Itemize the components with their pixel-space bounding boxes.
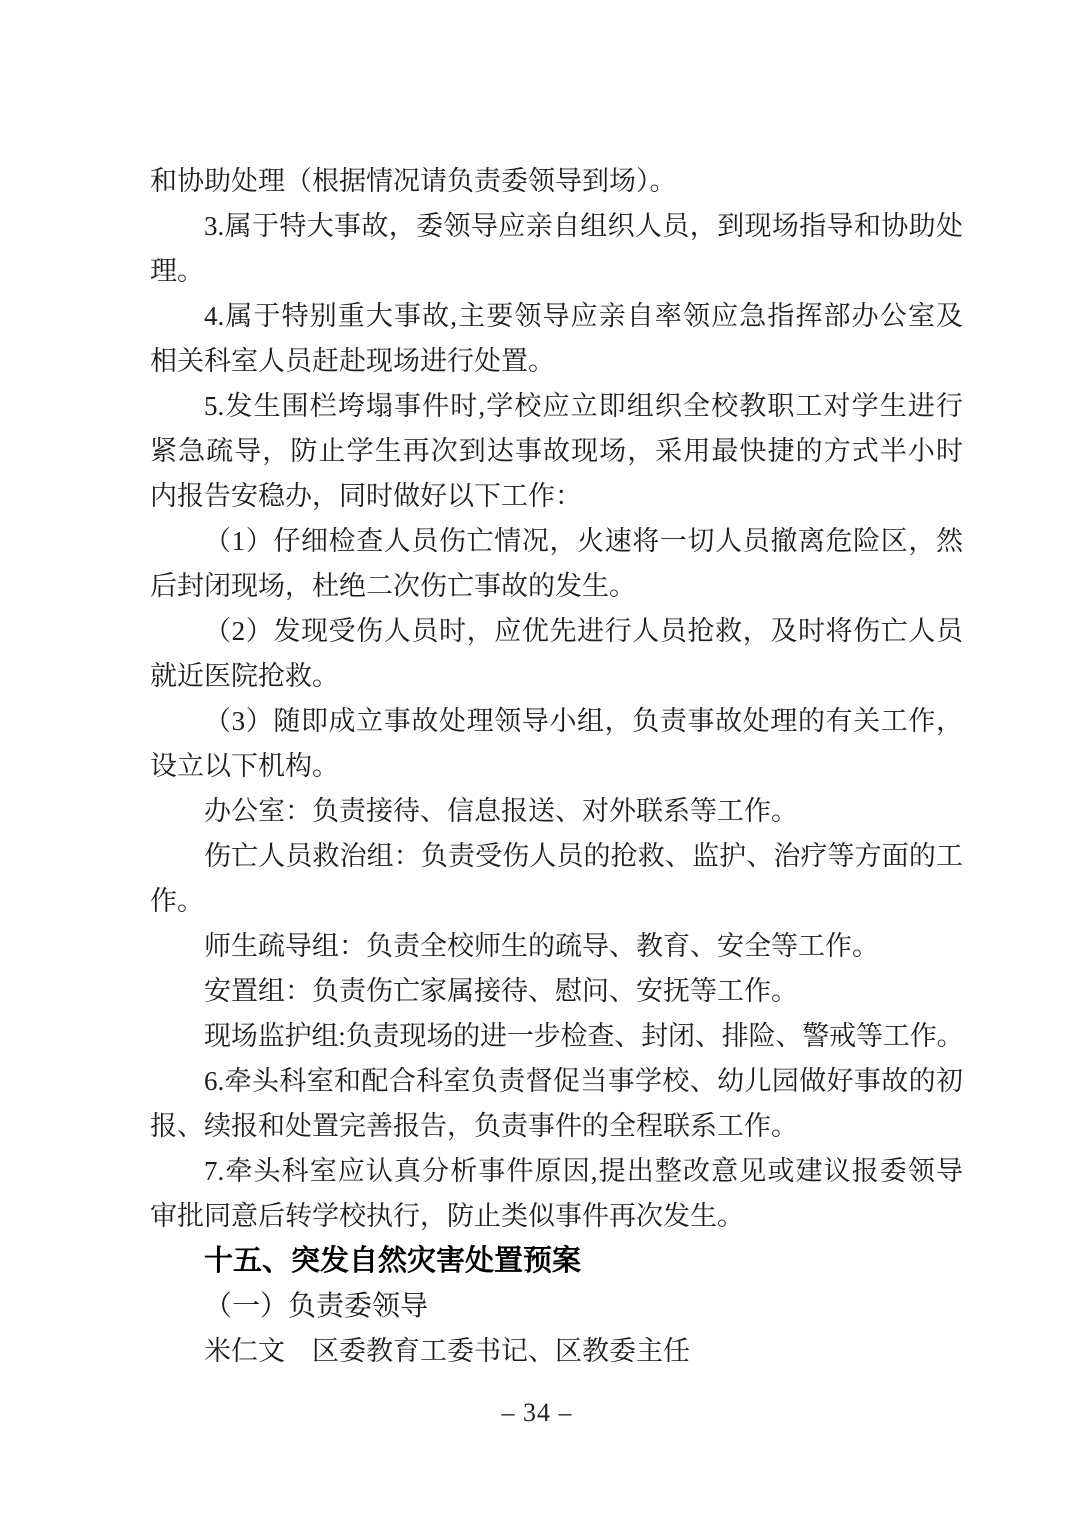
- text-line-24: 审批同意后转学校执行，防止类似事件再次发生。: [150, 1194, 963, 1239]
- text-line-2: 3.属于特大事故，委领导应亲自组织人员，到现场指导和协助处: [150, 204, 963, 249]
- text-line-6: 5.发生围栏垮塌事件时,学校应立即组织全校教职工对学生进行: [150, 384, 963, 429]
- text-line-13: （3）随即成立事故处理领导小组，负责事故处理的有关工作，: [150, 699, 963, 744]
- text-line-10: 后封闭现场，杜绝二次伤亡事故的发生。: [150, 564, 963, 609]
- text-line-26: （一）负责委领导: [150, 1284, 963, 1329]
- document-body: 和协助处理（根据情况请负责委领导到场）。3.属于特大事故，委领导应亲自组织人员，…: [150, 159, 963, 1374]
- text-line-17: 作。: [150, 879, 963, 924]
- text-line-19: 安置组：负责伤亡家属接待、慰问、安抚等工作。: [150, 969, 963, 1014]
- text-line-22: 报、续报和处置完善报告，负责事件的全程联系工作。: [150, 1104, 963, 1149]
- text-line-12: 就近医院抢救。: [150, 654, 963, 699]
- text-line-14: 设立以下机构。: [150, 744, 963, 789]
- document-page: 和协助处理（根据情况请负责委领导到场）。3.属于特大事故，委领导应亲自组织人员，…: [0, 0, 1074, 1520]
- text-line-5: 相关科室人员赶赴现场进行处置。: [150, 339, 963, 384]
- text-line-8: 内报告安稳办，同时做好以下工作：: [150, 474, 963, 519]
- text-line-21: 6.牵头科室和配合科室负责督促当事学校、幼儿园做好事故的初: [150, 1059, 963, 1104]
- text-line-1: 和协助处理（根据情况请负责委领导到场）。: [150, 159, 963, 204]
- text-line-3: 理。: [150, 249, 963, 294]
- text-line-20: 现场监护组:负责现场的进一步检查、封闭、排险、警戒等工作。: [150, 1014, 963, 1059]
- text-line-9: （1）仔细检查人员伤亡情况，火速将一切人员撤离危险区，然: [150, 519, 963, 564]
- text-line-18: 师生疏导组：负责全校师生的疏导、教育、安全等工作。: [150, 924, 963, 969]
- text-line-11: （2）发现受伤人员时，应优先进行人员抢救，及时将伤亡人员: [150, 609, 963, 654]
- text-line-27: 米仁文 区委教育工委书记、区教委主任: [150, 1329, 963, 1374]
- text-line-16: 伤亡人员救治组：负责受伤人员的抢救、监护、治疗等方面的工: [150, 834, 963, 879]
- text-line-4: 4.属于特别重大事故,主要领导应亲自率领应急指挥部办公室及: [150, 294, 963, 339]
- text-line-15: 办公室：负责接待、信息报送、对外联系等工作。: [150, 789, 963, 834]
- text-line-7: 紧急疏导，防止学生再次到达事故现场，采用最快捷的方式半小时: [150, 429, 963, 474]
- page-number: – 34 –: [0, 1398, 1074, 1428]
- text-line-23: 7.牵头科室应认真分析事件原因,提出整改意见或建议报委领导: [150, 1149, 963, 1194]
- text-line-25: 十五、突发自然灾害处置预案: [150, 1239, 963, 1284]
